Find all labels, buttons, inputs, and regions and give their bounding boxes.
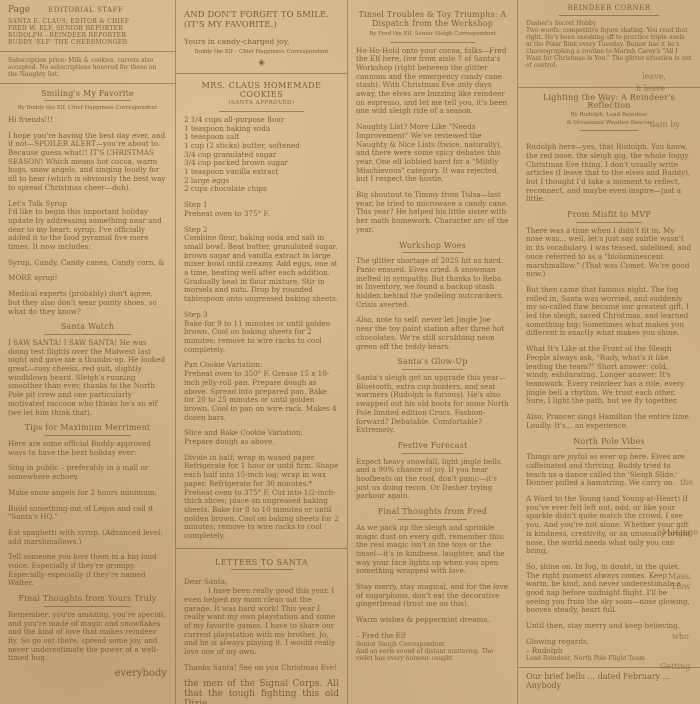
step-text: Combine flour, baking soda and salt in s… — [184, 234, 339, 304]
diamond-divider-icon: ◈ — [184, 59, 339, 68]
title-rule — [44, 435, 131, 436]
title-rule — [402, 252, 463, 253]
section-title: North Pole Vibes — [526, 438, 692, 447]
paragraph: Santa's sleigh got an upgrade this year—… — [356, 374, 509, 435]
bleed-word: leave, — [642, 72, 666, 81]
title-rule — [576, 222, 642, 223]
paragraph: Rudolph here—yes, that Rudolph. You know… — [526, 143, 692, 204]
title-rule — [559, 15, 659, 16]
divider — [0, 51, 175, 52]
paragraph: As we pack up the sleigh and sprinkle ma… — [356, 524, 509, 576]
bleed-word: How — [672, 582, 691, 591]
tip-item: Eat spaghetti with syrup. (Advanced leve… — [8, 529, 167, 546]
staff-line: Rudolph - Reindeer Reporter — [8, 32, 167, 39]
paragraph: Syrup, Candy, Candy canes, Candy corn, & — [8, 259, 167, 268]
subscription-note: Subscription price: Milk & cookies, carr… — [8, 57, 167, 78]
section-title: From Misfit to MVP — [526, 211, 692, 220]
tip-item: Make snow angels for 2 hours minimum. — [8, 489, 167, 498]
recipe-subtitle: (SANTA APPROVED) — [184, 100, 339, 107]
paragraph: Also, note to self: never let Jingle Joe… — [356, 316, 509, 351]
column-fred: Tinsel Troubles & Toy Triumphs: A Dispat… — [347, 0, 517, 704]
corner-text: Two words: competitive figure skating. Y… — [526, 27, 692, 69]
bleed-word: who — [672, 632, 689, 641]
column-rudolph: REINDEER CORNER Dasher's Secret Hobby Tw… — [517, 0, 700, 704]
bleed-text: And an eerie sound of distant muttering.… — [356, 648, 509, 662]
paragraph: I hope you're having the best day ever, … — [8, 132, 167, 193]
paragraph: Warm wishes & peppermint dreams, — [356, 616, 509, 625]
bleed-text: everybody — [8, 670, 167, 679]
staff-list: Santa E. Claus, Editor & Chief Fred W. E… — [8, 18, 167, 46]
paragraph: MORE syrup! — [8, 274, 167, 283]
corner-title: REINDEER CORNER — [526, 4, 692, 13]
tip-item: Sing in public – preferably in a mall or… — [8, 464, 167, 481]
section-title: Final Thoughts from Fred — [356, 508, 509, 517]
letter-body: I have been really good this year. I eve… — [184, 587, 339, 657]
recipe-title: MRS. CLAUS HOMEMADE COOKIES — [184, 82, 339, 99]
step-text: Bake for 9 to 11 minutes or until golden… — [184, 320, 339, 355]
paragraph: Hi friends!!! — [8, 116, 167, 125]
title-rule — [402, 369, 463, 370]
paragraph: Expect heavy snowfall, light jingle bell… — [356, 458, 509, 502]
paragraph: Stay merry, stay magical, and for the lo… — [356, 583, 509, 609]
paragraph: So, shine on. In fog, in doubt, in the q… — [526, 563, 692, 615]
ingredient: 2 cups chocolate chips — [184, 185, 339, 194]
title-rule — [580, 130, 638, 131]
paragraph: Big shoutout to Timmy from Tulsa—last ye… — [356, 191, 509, 235]
bleed-word: the — [680, 478, 693, 487]
tip-item: Build something out of Legos and call it… — [8, 505, 167, 522]
staff-line: Santa E. Claus, Editor & Chief — [8, 18, 167, 25]
signoff-byline: Buddy the Elf – Chief Happiness Correspo… — [184, 49, 339, 56]
closing-caps: AND DON'T FORGET TO SMILE. (IT'S MY FAVO… — [184, 10, 339, 30]
column-recipes: AND DON'T FORGET TO SMILE. (IT'S MY FAVO… — [175, 0, 347, 704]
section-title: Final Thoughts from Yours Truly — [8, 595, 167, 604]
section-title: Workshop Woes — [356, 242, 509, 251]
tip-item: Tell someone you love them in a big loud… — [8, 553, 167, 588]
title-rule — [398, 519, 467, 520]
title-rule — [390, 42, 474, 43]
paragraph: Things are joyful as ever up here. Elves… — [526, 453, 692, 488]
article-byline: By Fred the Elf, Senior Sleigh Correspon… — [356, 31, 509, 38]
bleed-word: dain by — [650, 120, 680, 129]
paragraph: There was a time when I didn't fit in. M… — [526, 227, 692, 279]
step-text: Preheat oven to 375° F. — [184, 210, 339, 219]
signature-title: Senior Sleigh Correspondent — [356, 641, 509, 648]
staff-line: Buddy 'Elf' The Cheermonger — [8, 39, 167, 46]
bleed-word: Montage — [662, 528, 698, 537]
paragraph: Here are some official Buddy-approved wa… — [8, 440, 167, 457]
paragraph: I SAW SANTA! I SAW SANTA! He was doing t… — [8, 339, 167, 417]
article-title: Smiling's My Favorite — [8, 90, 167, 99]
paragraph: What It's Like at the Front of the Sleig… — [526, 345, 692, 406]
bleed-text: Our brief bells ... dated February ... A… — [526, 673, 692, 690]
section-title: Santa's Glow-Up — [356, 358, 509, 367]
title-rule — [402, 453, 463, 454]
article-byline: By Buddy the Elf, Chief Happiness Corres… — [8, 105, 167, 112]
variation-text: Preheat oven to 350° F. Grease 15 x 10-i… — [184, 370, 339, 422]
paragraph: The glitter shortage of 2025 hit us hard… — [356, 257, 509, 309]
title-rule — [44, 334, 131, 335]
paragraph: Let's Talk Syrup I'd like to begin this … — [8, 200, 167, 252]
staff-line: Fred W. Elf, Senior Reporter — [8, 25, 167, 32]
paragraph: Remember: you're amazing, you're special… — [8, 611, 167, 663]
divider — [518, 87, 700, 88]
column-buddy: Page EDITORIAL STAFF Santa E. Claus, Edi… — [0, 0, 175, 704]
ingredient-list: 2 1/4 cups all-purpose flour 1 teaspoon … — [184, 116, 339, 194]
paragraph: But then came that famous night. The fog… — [526, 286, 692, 338]
bleed-word: h leave — [636, 84, 665, 93]
title-rule — [576, 448, 642, 449]
divider — [176, 548, 347, 549]
article-title: Lighting the Way: A Reindeer's Reflectio… — [526, 94, 692, 111]
variation-text: Prepare dough as above. — [184, 438, 339, 447]
signoff: Yours in candy-charged joy, — [184, 38, 339, 47]
staff-title: EDITORIAL STAFF — [48, 6, 123, 15]
newspaper-page: Page EDITORIAL STAFF Santa E. Claus, Edi… — [0, 0, 700, 704]
section-title: Santa Watch — [8, 323, 167, 332]
bleed-word: Getting — [660, 662, 690, 671]
title-rule — [219, 111, 304, 112]
bleed-word: Mass. — [668, 572, 692, 581]
title-rule — [231, 569, 293, 570]
title-rule — [44, 606, 131, 607]
article-byline: By Rudolph, Lead Reindeer — [526, 112, 692, 119]
divider — [176, 73, 347, 74]
page-label: Page — [8, 6, 30, 15]
paragraph: A Word to the Young (and Young-at-Heart)… — [526, 495, 692, 556]
section-title: Festive Forecast — [356, 442, 509, 451]
paragraph: Naughty List? More Like "Needs Improveme… — [356, 123, 509, 184]
signature: – Rudolph — [526, 647, 692, 656]
corner-subtitle: Dasher's Secret Hobby — [526, 20, 692, 27]
paragraph: Until then, stay merry and keep believin… — [526, 622, 692, 631]
section-title: Tips for Maximum Merriment — [8, 424, 167, 433]
article-title: Tinsel Troubles & Toy Triumphs: A Dispat… — [356, 10, 509, 28]
paragraph: Medical experts (probably) don't agree, … — [8, 290, 167, 316]
bleed-text: the men of the Signal Corps. All that th… — [184, 679, 339, 704]
letter-closing: Thanks Santa! See on you Christmas Eve! — [184, 664, 339, 673]
paragraph: Also, Prancer sings Hamilton the entire … — [526, 413, 692, 430]
letters-title: LETTERS TO SANTA — [184, 559, 339, 568]
signature: – Fred the Elf — [356, 632, 509, 641]
title-rule — [44, 100, 131, 101]
variation-text: Divide in half; wrap in waxed paper. Ref… — [184, 454, 339, 541]
divider — [0, 83, 175, 84]
paragraph: Ho-Ho-Hold onto your cocoa, folks—Fred t… — [356, 47, 509, 117]
